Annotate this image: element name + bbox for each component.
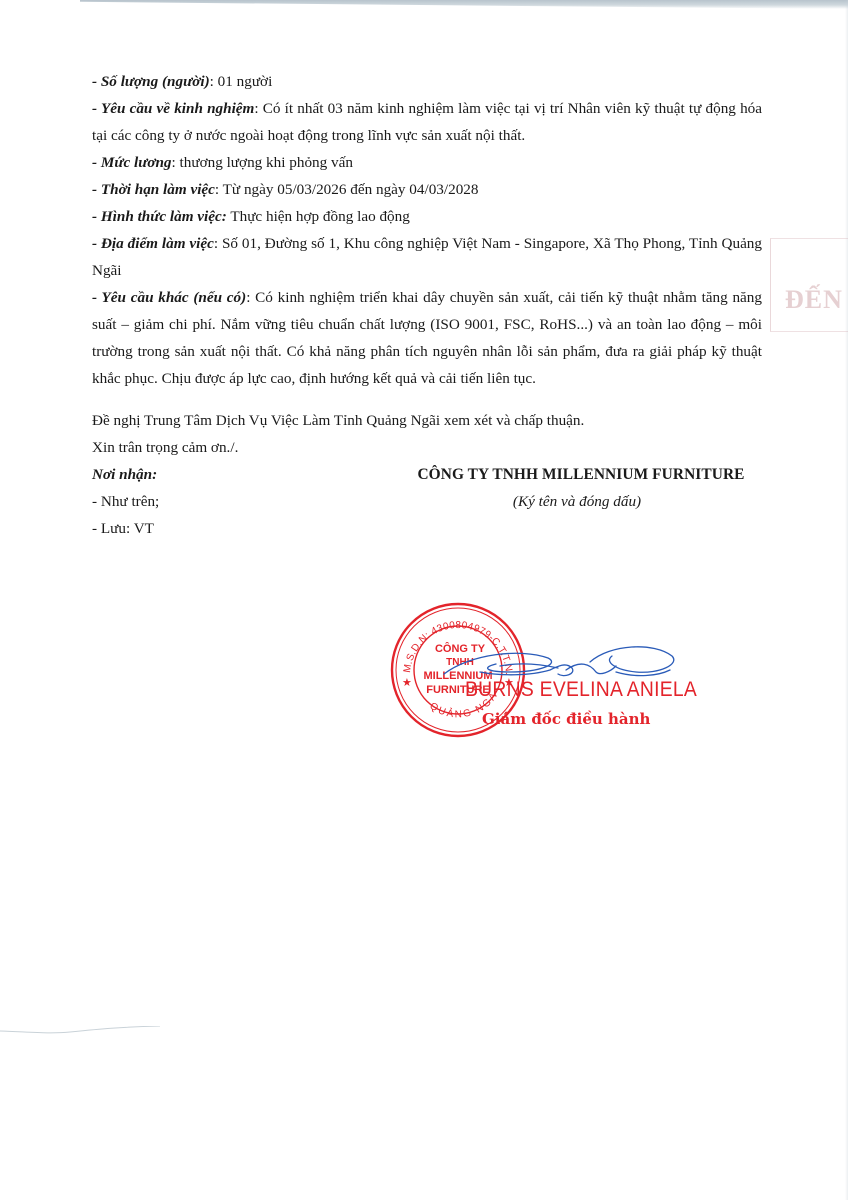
field-value: : 01 người	[210, 73, 273, 90]
field-other-requirements: - Yêu cầu khác (nếu có): Có kinh nghiệm …	[92, 284, 762, 392]
field-value: Thực hiện hợp đồng lao động	[227, 208, 410, 225]
field-salary: - Mức lương: thương lượng khi phỏng vấn	[92, 149, 762, 176]
recipients: Nơi nhận: - Như trên; - Lưu: VT	[92, 461, 352, 542]
field-value: : Từ ngày 05/03/2026 đến ngày 04/03/2028	[215, 181, 479, 198]
signer-title: Giám đốc điều hành	[482, 710, 650, 728]
signatory: CÔNG TY TNHH MILLENNIUM FURNITURE (Ký tê…	[392, 461, 762, 515]
company-name: CÔNG TY TNHH MILLENNIUM FURNITURE	[396, 461, 766, 488]
scan-shadow	[80, 0, 848, 9]
field-experience: - Yêu cầu về kinh nghiệm: Có ít nhất 03 …	[92, 95, 762, 149]
recipients-title: Nơi nhận:	[92, 461, 352, 488]
field-value: : thương lượng khi phỏng vấn	[172, 154, 353, 171]
signer-name: BURNS EVELINA ANIELA	[465, 678, 697, 702]
received-stamp: ĐẾN	[770, 238, 848, 332]
closing-request: Đề nghị Trung Tâm Dịch Vụ Việc Làm Tỉnh …	[92, 407, 762, 434]
field-label: - Số lượng (người)	[92, 73, 210, 90]
field-location: - Địa điểm làm việc: Số 01, Đường số 1, …	[92, 230, 762, 284]
signature-block: Nơi nhận: - Như trên; - Lưu: VT CÔNG TY …	[92, 461, 762, 545]
field-label: - Địa điểm làm việc	[92, 235, 214, 252]
closing-thanks: Xin trân trọng cảm ơn./.	[92, 434, 762, 461]
field-label: - Yêu cầu khác (nếu có)	[92, 289, 246, 306]
field-label: - Yêu cầu về kinh nghiệm	[92, 100, 254, 117]
svg-text:★: ★	[402, 676, 412, 689]
recipient-item: - Như trên;	[92, 488, 352, 515]
spacer	[92, 392, 762, 407]
paper-crease	[0, 1026, 230, 1036]
field-work-form: - Hình thức làm việc: Thực hiện hợp đồng…	[92, 203, 762, 230]
field-term: - Thời hạn làm việc: Từ ngày 05/03/2026 …	[92, 176, 762, 203]
received-stamp-text: ĐẾN	[785, 285, 843, 315]
field-label: - Mức lương	[92, 154, 172, 171]
recipient-item: - Lưu: VT	[92, 515, 352, 542]
sign-note: (Ký tên và đóng dấu)	[392, 488, 762, 515]
field-label: - Thời hạn làm việc	[92, 181, 215, 198]
field-quantity: - Số lượng (người): 01 người	[92, 68, 762, 95]
document-body: - Số lượng (người): 01 người - Yêu cầu v…	[92, 68, 762, 545]
field-label: - Hình thức làm việc:	[92, 208, 227, 225]
